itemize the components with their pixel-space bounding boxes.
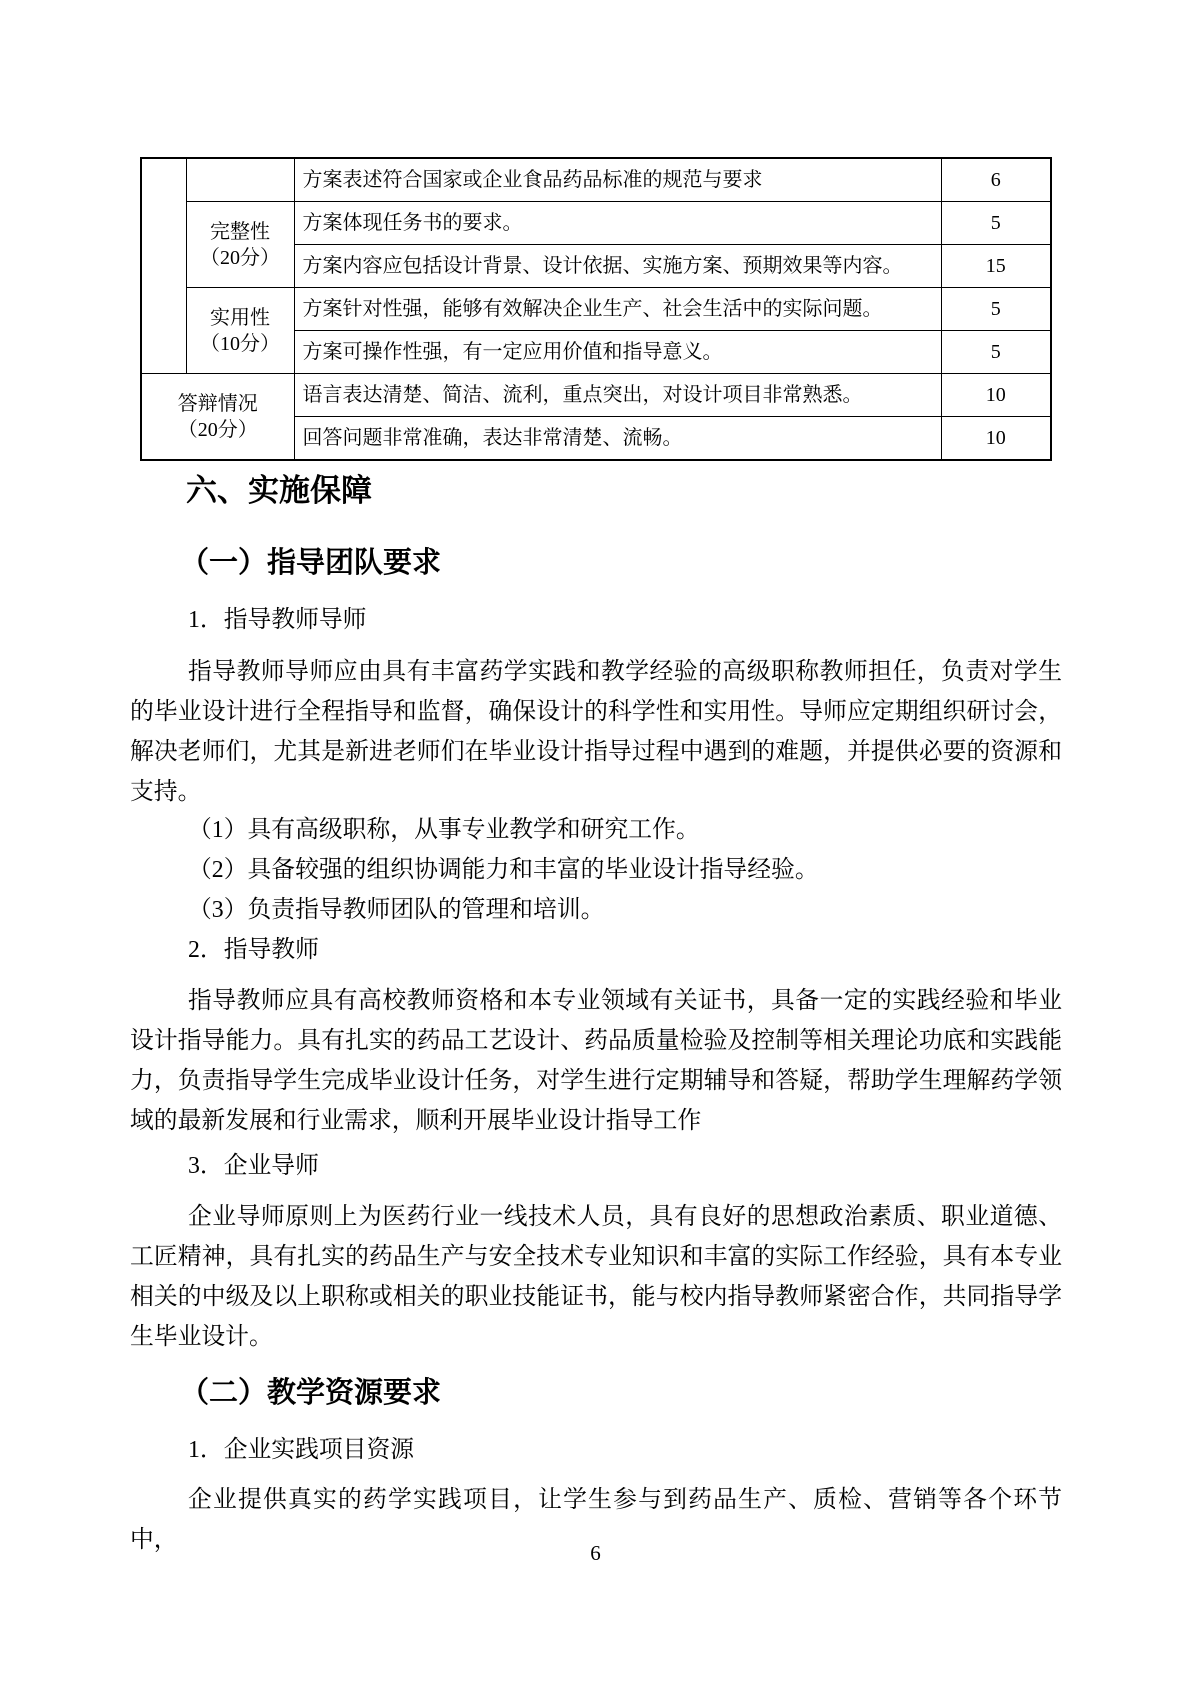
- criteria-text-cell: 语言表达清楚、简洁、流利，重点突出，对设计项目非常熟悉。: [294, 374, 941, 417]
- table-row: 答辩情况 （20分） 语言表达清楚、简洁、流利，重点突出，对设计项目非常熟悉。 …: [141, 374, 1051, 417]
- item-title-enterprise-practice-resources: 1．企业实践项目资源: [130, 1430, 1062, 1470]
- table-row: 方案表述符合国家或企业食品药品标准的规范与要求 6: [141, 158, 1051, 202]
- category-name: 实用性: [188, 305, 293, 331]
- score-cell: 10: [941, 417, 1051, 461]
- evaluation-score-table: 方案表述符合国家或企业食品药品标准的规范与要求 6 完整性 （20分） 方案体现…: [140, 157, 1052, 461]
- list-item: （2）具备较强的组织协调能力和丰富的毕业设计指导经验。: [130, 850, 1062, 890]
- page-number: 6: [0, 1541, 1191, 1565]
- category-points: （10分）: [188, 331, 293, 357]
- category-practicality-cell: 实用性 （10分）: [186, 288, 294, 374]
- score-cell: 6: [941, 158, 1051, 202]
- score-cell: 15: [941, 245, 1051, 288]
- score-cell: 5: [941, 331, 1051, 374]
- criteria-text-cell: 方案可操作性强，有一定应用价值和指导意义。: [294, 331, 941, 374]
- sub-heading-guidance-team: （一）指导团队要求: [130, 546, 1110, 580]
- item-title-mentor-of-teachers: 1．指导教师导师: [130, 600, 1062, 640]
- criteria-text-cell: 方案针对性强，能够有效解决企业生产、社会生活中的实际问题。: [294, 288, 941, 331]
- criteria-text-cell: 方案表述符合国家或企业食品药品标准的规范与要求: [294, 158, 941, 202]
- score-cell: 5: [941, 202, 1051, 245]
- category-points: （20分）: [143, 417, 293, 443]
- category-defense-cell: 答辩情况 （20分）: [141, 374, 294, 461]
- criteria-text-cell: 方案内容应包括设计背景、设计依据、实施方案、预期效果等内容。: [294, 245, 941, 288]
- document-page: 方案表述符合国家或企业食品药品标准的规范与要求 6 完整性 （20分） 方案体现…: [0, 0, 1191, 1684]
- category-completeness-cell: 完整性 （20分）: [186, 202, 294, 288]
- section-heading: 六、实施保障: [130, 473, 1116, 509]
- paragraph-guidance-teacher: 指导教师应具有高校教师资格和本专业领域有关证书，具备一定的实践经验和毕业设计指导…: [130, 981, 1062, 1141]
- criteria-text-cell: 方案体现任务书的要求。: [294, 202, 941, 245]
- category-points: （20分）: [188, 245, 293, 271]
- sub-heading-teaching-resources: （二）教学资源要求: [130, 1376, 1110, 1410]
- paragraph-enterprise-mentor: 企业导师原则上为医药行业一线技术人员，具有良好的思想政治素质、职业道德、工匠精神…: [130, 1197, 1062, 1357]
- list-item: （1）具有高级职称，从事专业教学和研究工作。: [130, 810, 1062, 850]
- score-cell: 10: [941, 374, 1051, 417]
- category-name: 完整性: [188, 219, 293, 245]
- score-cell: 5: [941, 288, 1051, 331]
- table-row: 完整性 （20分） 方案体现任务书的要求。 5: [141, 202, 1051, 245]
- item-title-enterprise-mentor: 3．企业导师: [130, 1146, 1062, 1186]
- category-name: 答辩情况: [143, 391, 293, 417]
- item-title-guidance-teacher: 2．指导教师: [130, 930, 1062, 970]
- criteria-text-cell: 回答问题非常准确，表达非常清楚、流畅。: [294, 417, 941, 461]
- table-row: 实用性 （10分） 方案针对性强，能够有效解决企业生产、社会生活中的实际问题。 …: [141, 288, 1051, 331]
- paragraph-mentor-of-teachers: 指导教师导师应由具有丰富药学实践和教学经验的高级职称教师担任，负责对学生的毕业设…: [130, 652, 1062, 812]
- mentor-requirement-list: （1）具有高级职称，从事专业教学和研究工作。 （2）具备较强的组织协调能力和丰富…: [130, 810, 1062, 930]
- table-empty-spacer-cell: [141, 158, 186, 374]
- list-item: （3）负责指导教师团队的管理和培训。: [130, 890, 1062, 930]
- table-empty-category-cell: [186, 158, 294, 202]
